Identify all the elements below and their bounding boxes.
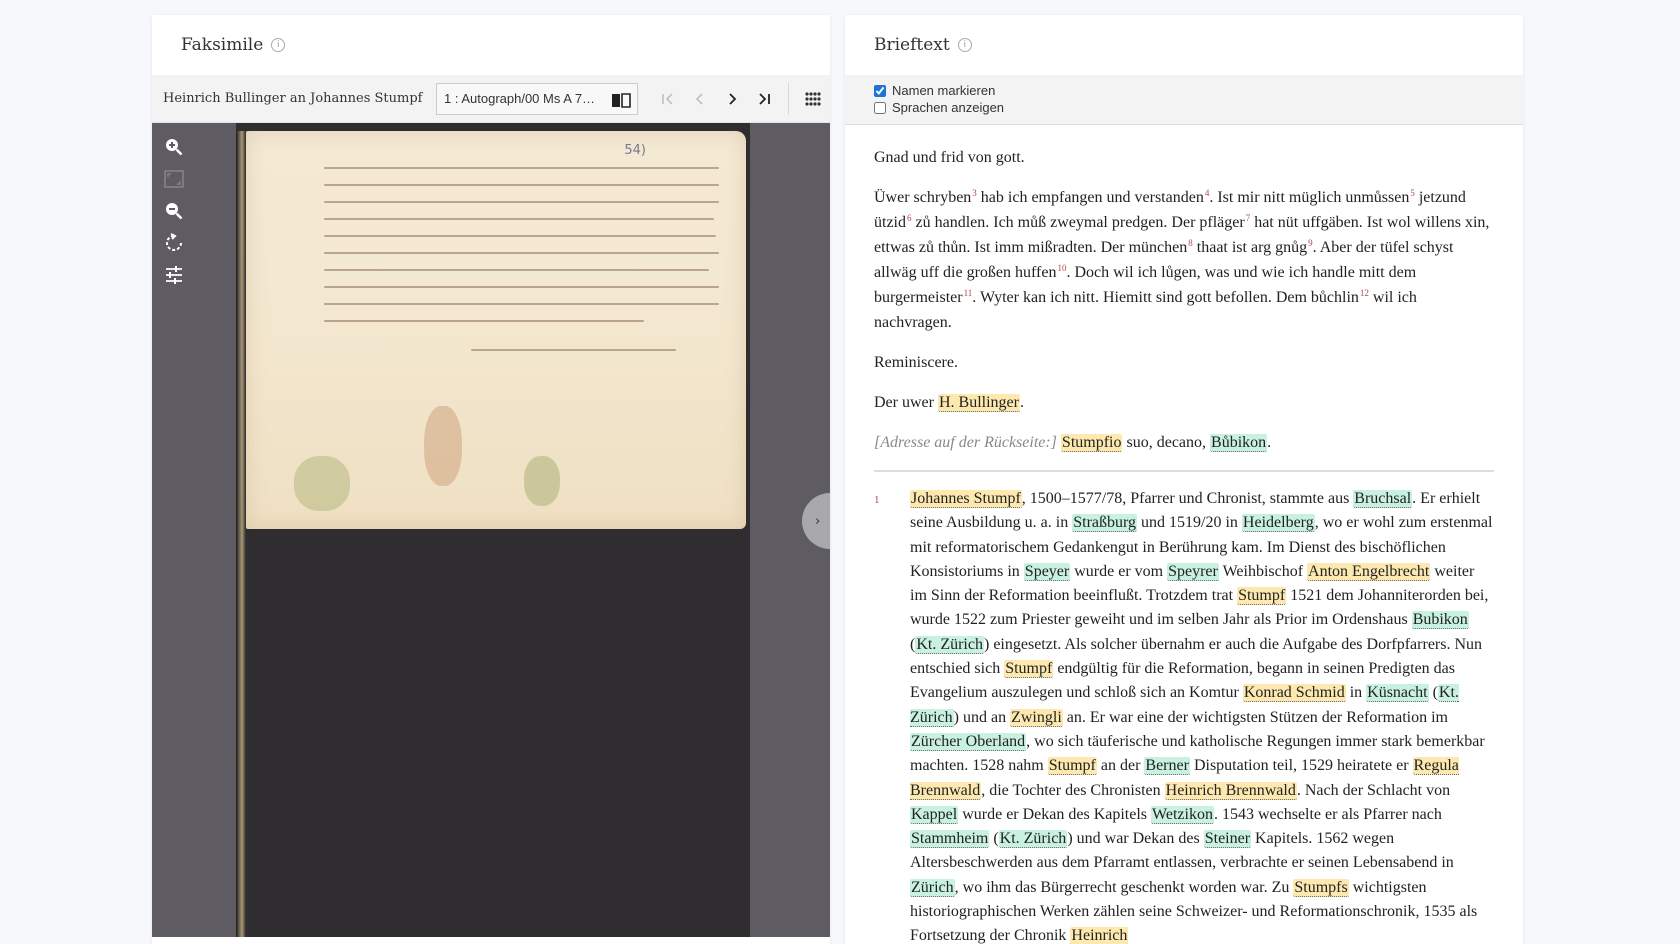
manuscript-page-image[interactable]: 54) (236, 123, 750, 937)
info-icon[interactable]: i (271, 38, 285, 52)
info-icon[interactable]: i (958, 38, 972, 52)
fullscreen-button[interactable] (160, 165, 188, 193)
footnote-1: 1 Johannes Stumpf, 1500–1577/78, Pfarrer… (874, 487, 1494, 944)
facsimile-title: Faksimile (181, 35, 263, 55)
zoom-in-button[interactable] (160, 133, 188, 161)
text-segment: Üwer schryben (874, 189, 971, 206)
document-title: Heinrich Bullinger an Johannes Stumpf (163, 91, 434, 106)
text-segment: wurde er vom (1070, 563, 1167, 580)
viewer-toolbar: Heinrich Bullinger an Johannes Stumpf 1 … (152, 75, 830, 123)
image-adjust-button[interactable] (160, 261, 188, 289)
footnote-ref-11[interactable]: 11 (964, 288, 973, 298)
text-segment: . Wyter kan ich nitt. Hiemitt sind gott … (972, 289, 1359, 306)
closing-line: Der uwer H. Bullinger. (874, 390, 1494, 415)
place-name[interactable]: Kt. Zürich (999, 830, 1068, 848)
folio-number: 54) (624, 143, 646, 158)
next-page-button[interactable] (716, 83, 748, 115)
greeting: Gnad und frid von gott. (874, 145, 1494, 170)
zoom-out-icon (164, 201, 184, 221)
place-name[interactable]: Zürich (910, 879, 955, 897)
viewer-tools (152, 123, 196, 293)
book-icon[interactable] (611, 92, 631, 108)
place-name[interactable]: Wetzikon (1151, 806, 1214, 824)
zoom-in-icon (164, 137, 184, 157)
text-segment: suo, decano, (1122, 434, 1210, 451)
thumbnail-grid-button[interactable] (797, 83, 829, 115)
person-name[interactable]: Konrad Schmid (1243, 684, 1346, 702)
place-name[interactable]: Berner (1144, 757, 1190, 775)
text-segment: . Ist mir nitt müglich unmůssen (1209, 189, 1409, 206)
text-segment: Weihbischof (1219, 563, 1307, 580)
text-segment: in (1346, 684, 1366, 701)
person-name[interactable]: Stumpf (1004, 660, 1053, 678)
show-languages-label: Sprachen anzeigen (892, 100, 1004, 115)
brieftext-header: Brieftext i (845, 15, 1523, 75)
person-name[interactable]: Heinrich (1070, 927, 1128, 944)
address-line: [Adresse auf der Rückseite:] Stumpfio su… (874, 430, 1494, 455)
text-segment: thaat ist arg gnůg (1193, 239, 1307, 256)
address-note: [Adresse auf der Rückseite:] (874, 434, 1057, 451)
sliders-icon (164, 266, 184, 284)
brieftext-panel: Brieftext i Namen markieren Sprachen anz… (845, 15, 1523, 944)
image-viewer[interactable]: 54) › (152, 123, 830, 937)
chevron-right-icon: › (815, 514, 820, 529)
text-segment: wurde er Dekan des Kapitels (958, 806, 1151, 823)
show-languages-option[interactable]: Sprachen anzeigen (874, 99, 1523, 116)
toolbar-divider (788, 83, 789, 115)
place-name[interactable]: Kappel (910, 806, 958, 824)
text-segment: hab ich empfangen und verstanden (977, 189, 1204, 206)
place-name[interactable]: Bůbikon (1210, 434, 1267, 452)
fullscreen-icon (164, 170, 184, 188)
place-name[interactable]: Stammheim (910, 830, 989, 848)
person-name[interactable]: Zwingli (1010, 709, 1063, 727)
text-segment: an der (1097, 757, 1145, 774)
mark-names-label: Namen markieren (892, 83, 995, 98)
letter-body-paragraph: Üwer schryben3 hab ich empfangen und ver… (874, 185, 1494, 335)
place-name[interactable]: Steiner (1204, 830, 1251, 848)
manuscript-paper: 54) (246, 131, 746, 529)
place-name[interactable]: Speyer (1024, 563, 1070, 581)
facsimile-panel: Faksimile i Heinrich Bullinger an Johann… (152, 15, 830, 944)
first-page-icon (661, 92, 675, 106)
person-name[interactable]: H. Bullinger (938, 394, 1020, 412)
rotate-button[interactable] (160, 229, 188, 257)
text-segment: ( (989, 830, 998, 847)
facsimile-header: Faksimile i (152, 15, 830, 75)
text-segment: und 1519/20 in (1137, 514, 1242, 531)
text-segment: Disputation teil, 1529 heiratete er (1190, 757, 1413, 774)
grid-icon (805, 92, 821, 106)
text-segment: , 1500–1577/78, Pfarrer und Chronist, st… (1022, 490, 1354, 507)
text-segment: ) und war Dekan des (1067, 830, 1203, 847)
place-name[interactable]: Zürcher Oberland (910, 733, 1026, 751)
reminiscere-line: Reminiscere. (874, 350, 1494, 375)
person-name[interactable]: Stumpfio (1061, 434, 1123, 452)
footnotes-divider (874, 470, 1494, 472)
rotate-icon (164, 233, 184, 253)
last-page-button[interactable] (748, 83, 780, 115)
person-name[interactable]: Johannes Stumpf (910, 490, 1022, 508)
footnote-body: Johannes Stumpf, 1500–1577/78, Pfarrer u… (910, 487, 1494, 944)
text-segment: . 1543 wechselte er als Pfarrer nach (1214, 806, 1442, 823)
show-languages-checkbox[interactable] (874, 102, 886, 114)
text-segment: . (1267, 434, 1271, 451)
page-select[interactable]: 1 : Autograph/00 Ms A 7… (436, 83, 638, 115)
place-name[interactable]: Bruchsal (1353, 490, 1412, 508)
person-name[interactable]: Stumpf (1048, 757, 1097, 775)
first-page-button[interactable] (652, 83, 684, 115)
text-segment: ) und an (954, 709, 1010, 726)
last-page-icon (757, 92, 771, 106)
person-name[interactable]: Heinrich Brennwald (1165, 782, 1297, 800)
text-segment: ( (1429, 684, 1438, 701)
text-segment: , wo ihm das Bürgerrecht geschenkt worde… (955, 879, 1294, 896)
place-name[interactable]: Bubikon (1412, 611, 1469, 629)
text-segment: zů handlen. Ich můß zweymal predgen. Der… (912, 214, 1245, 231)
place-name[interactable]: Straßburg (1072, 514, 1137, 532)
footnote-number: 1 (874, 487, 910, 944)
text-segment: . Nach der Schlacht von (1297, 782, 1450, 799)
person-name[interactable]: Stumpf (1237, 587, 1286, 605)
mark-names-option[interactable]: Namen markieren (874, 82, 1523, 99)
text-segment: Der uwer (874, 394, 938, 411)
letter-text: Gnad und frid von gott. Üwer schryben3 h… (845, 125, 1523, 944)
text-segment: , die Tochter des Chronisten (981, 782, 1164, 799)
person-name[interactable]: Stumpfs (1293, 879, 1348, 897)
page-select-value: 1 : Autograph/00 Ms A 7… (444, 91, 595, 106)
person-name[interactable]: Anton Engelbrecht (1307, 563, 1430, 581)
mark-names-checkbox[interactable] (874, 85, 886, 97)
chevron-right-icon (725, 92, 739, 106)
text-segment: an. Er war eine der wichtigsten Stützen … (1063, 709, 1448, 726)
footnote-ref-12[interactable]: 12 (1360, 288, 1369, 298)
page-edge (236, 131, 246, 937)
place-name[interactable]: Heidelberg (1242, 514, 1315, 532)
display-options: Namen markieren Sprachen anzeigen (845, 75, 1523, 125)
next-document-button[interactable]: › (802, 493, 830, 549)
text-segment: . (1020, 394, 1024, 411)
prev-page-button[interactable] (684, 83, 716, 115)
place-name[interactable]: Kt. Zürich (915, 636, 984, 654)
zoom-out-button[interactable] (160, 197, 188, 225)
chevron-left-icon (693, 92, 707, 106)
place-name[interactable]: Küsnacht (1366, 684, 1428, 702)
place-name[interactable]: Speyrer (1167, 563, 1219, 581)
brieftext-title: Brieftext (874, 35, 950, 55)
